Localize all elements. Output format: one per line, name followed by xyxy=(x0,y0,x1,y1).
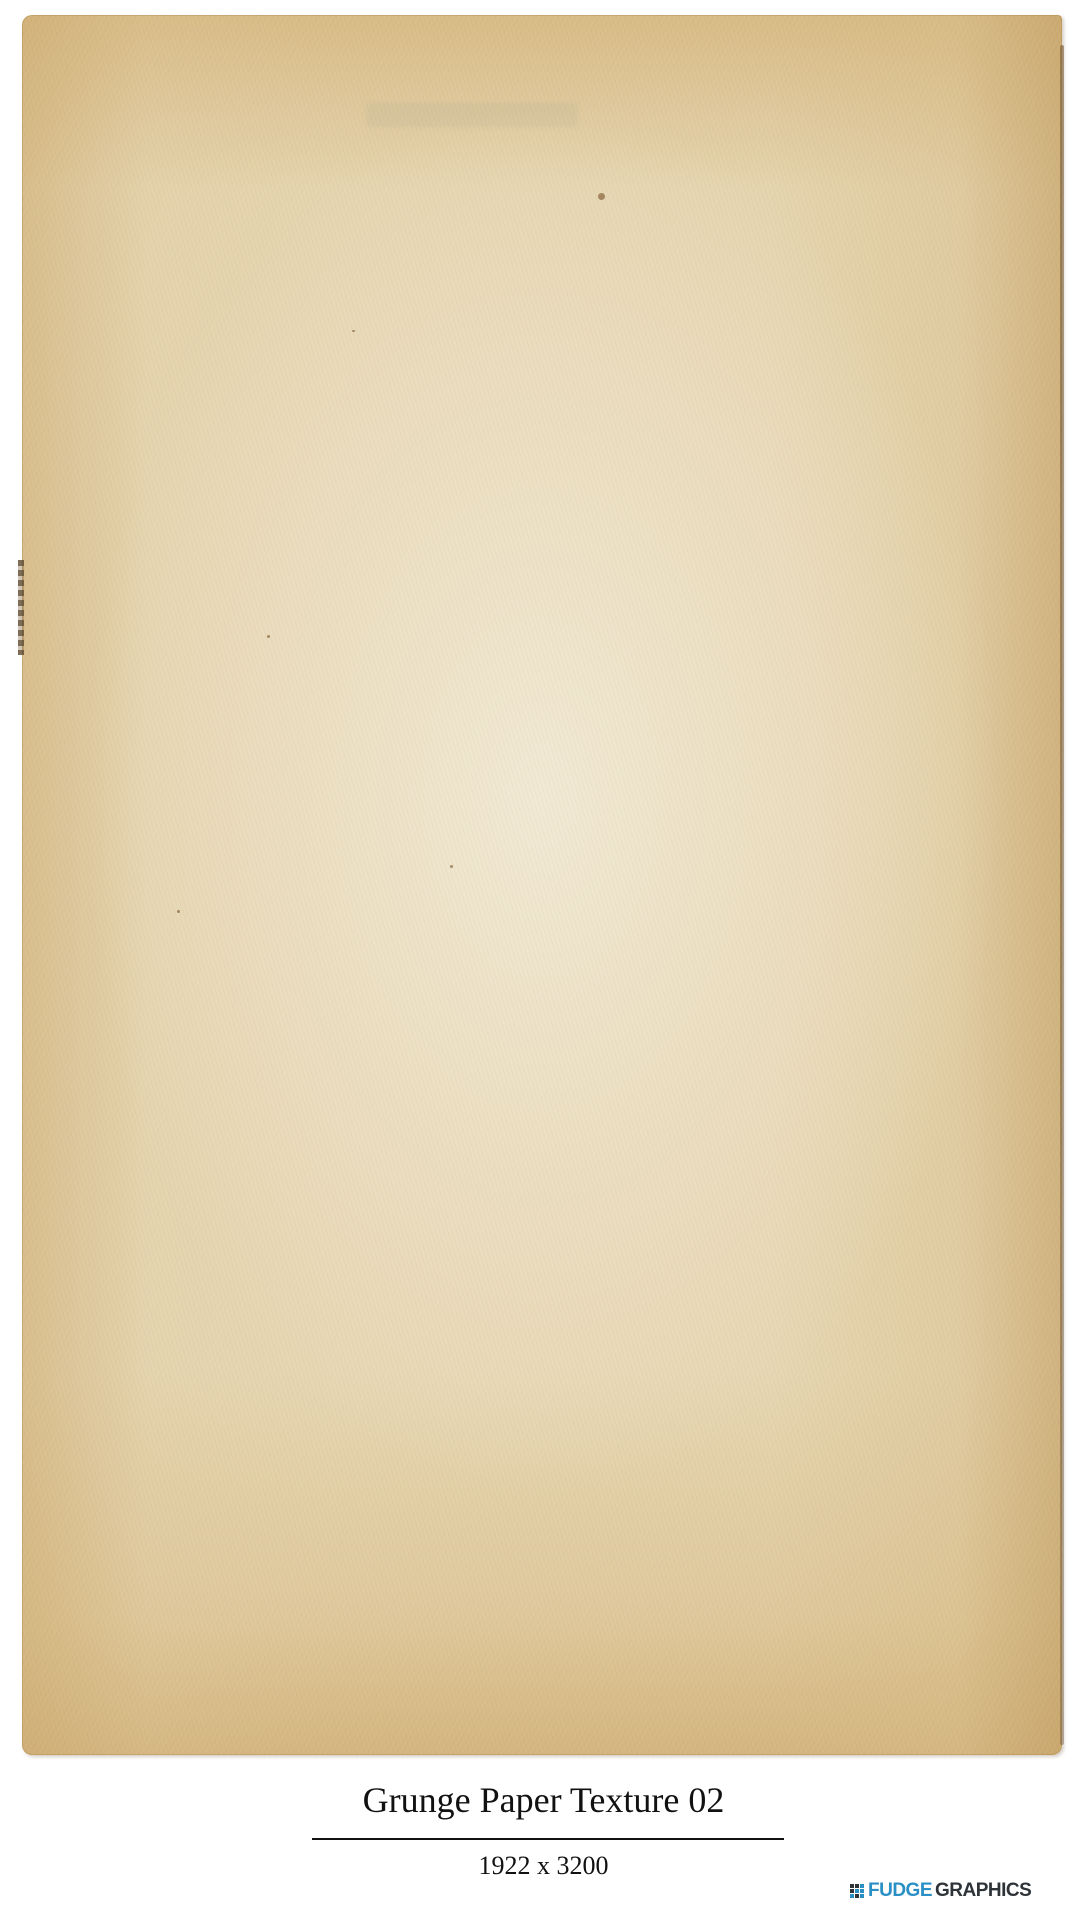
caption-dimensions: 1922 x 3200 xyxy=(0,1848,1087,1884)
stain-spot xyxy=(598,193,605,200)
grid-icon xyxy=(850,1884,864,1898)
faded-heading-mark xyxy=(367,103,577,127)
logo-text-fudge: FUDGE xyxy=(868,1880,932,1902)
fudgegraphics-logo[interactable]: FUDGEGRAPHICS xyxy=(850,1880,1031,1902)
paper-torn-edge xyxy=(1060,45,1064,1745)
logo-text-graphics: GRAPHICS xyxy=(935,1880,1031,1902)
binding-mark xyxy=(18,560,24,655)
stain-spot xyxy=(352,330,355,332)
stain-spot xyxy=(450,865,453,868)
paper-texture xyxy=(22,15,1062,1755)
caption-title: Grunge Paper Texture 02 xyxy=(0,1778,1087,1822)
stain-spot xyxy=(177,910,180,913)
caption-divider xyxy=(312,1838,784,1840)
stain-spot xyxy=(267,635,270,638)
